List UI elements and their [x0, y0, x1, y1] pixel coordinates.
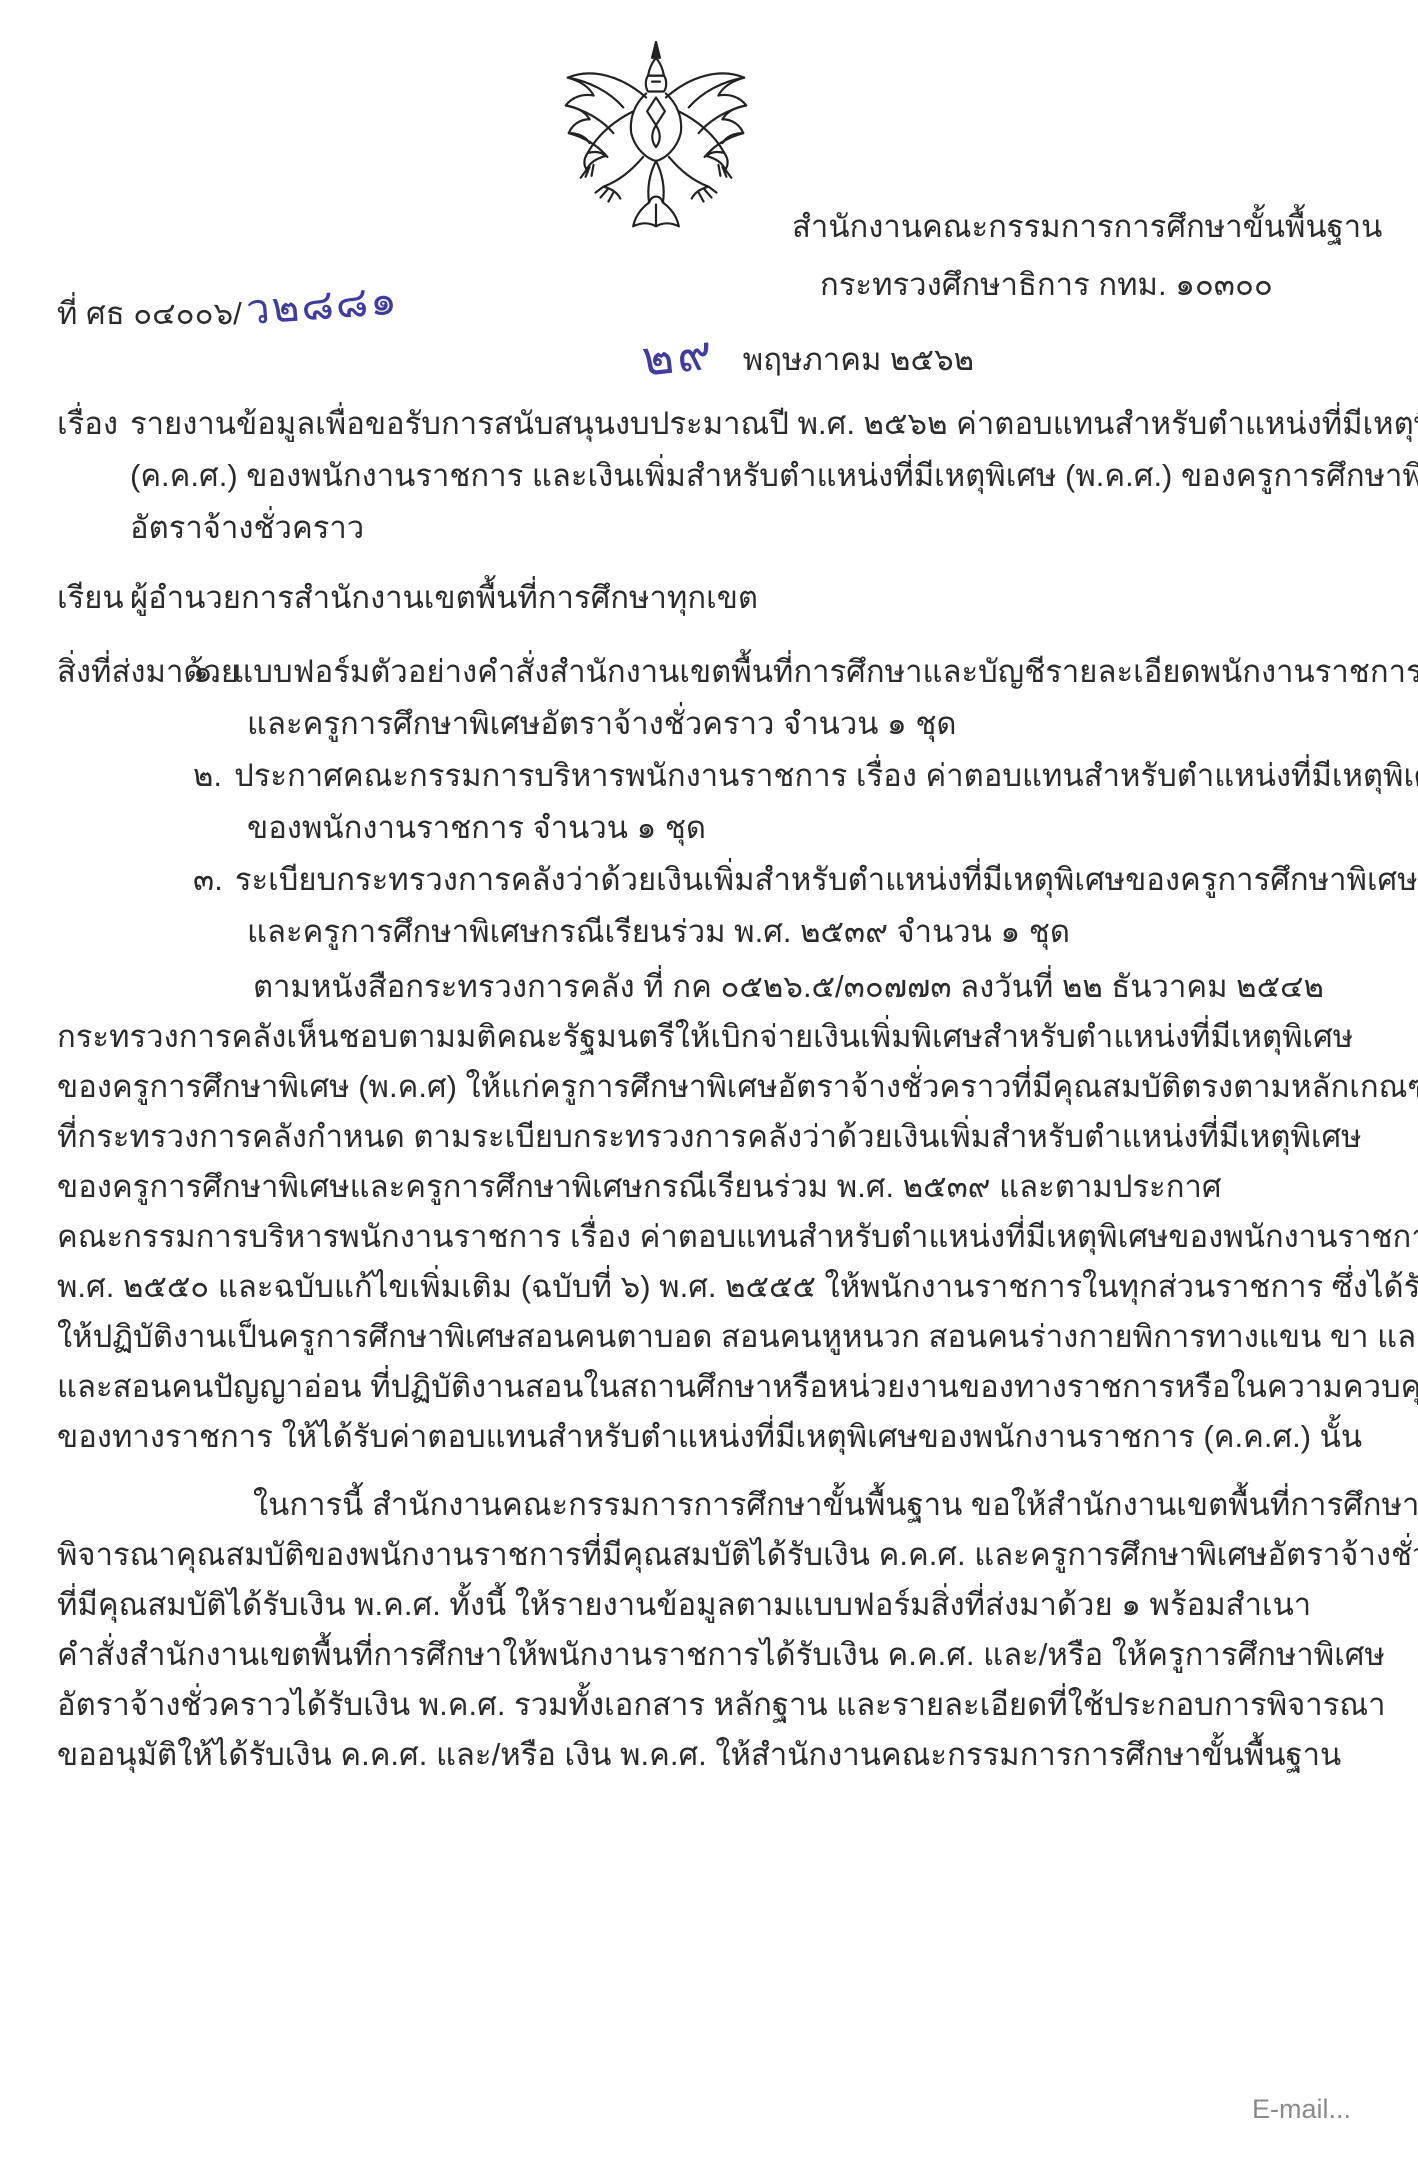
body-line: ที่มีคุณสมบัติได้รับเงิน พ.ค.ศ. ทั้งนี้ …	[57, 1580, 1377, 1630]
date-row: ๒๙ พฤษภาคม ๒๕๖๒	[642, 318, 974, 394]
attachment-text: ของพนักงานราชการ จำนวน ๑ ชุด	[193, 802, 1418, 854]
ministry-address: กระทรวงศึกษาธิการ กทม. ๑๐๓๐๐	[792, 256, 1382, 314]
body-line: คณะกรรมการบริหารพนักงานราชการ เรื่อง ค่า…	[57, 1212, 1377, 1262]
body-line: อัตราจ้างชั่วคราวได้รับเงิน พ.ค.ศ. รวมทั…	[57, 1680, 1377, 1730]
document-page: ที่ ศธ ๐๔๐๐๖/ ว๒๘๘๑	[0, 0, 1418, 2180]
handwritten-day: ๒๙	[638, 314, 718, 397]
body-line: พิจารณาคุณสมบัติของพนักงานราชการที่มีคุณ…	[57, 1530, 1377, 1580]
attachment-item: ๒.ประกาศคณะกรรมการบริหารพนักงานราชการ เร…	[193, 750, 1418, 854]
organization-block: สำนักงานคณะกรรมการการศึกษาขั้นพื้นฐาน กร…	[792, 198, 1382, 314]
attachment-text: ระเบียบกระทรวงการคลังว่าด้วยเงินเพิ่มสำห…	[235, 862, 1418, 897]
date-month-year: พฤษภาคม ๒๕๖๒	[743, 334, 974, 384]
reference-number-prefix: ที่ ศธ ๐๔๐๐๖/	[57, 288, 242, 338]
body-paragraph-2: ในการนี้ สำนักงานคณะกรรมการการศึกษาขั้นพ…	[57, 1480, 1377, 1780]
subject-line: อัตราจ้างชั่วคราว	[130, 502, 1418, 554]
footer-email-text: E-mail...	[1252, 2094, 1351, 2125]
body-line: ขออนุมัติให้ได้รับเงิน ค.ค.ศ. และ/หรือ เ…	[57, 1730, 1377, 1780]
body-line: ในการนี้ สำนักงานคณะกรรมการการศึกษาขั้นพ…	[57, 1480, 1377, 1530]
reference-number-handwritten: ว๒๘๘๑	[244, 267, 401, 343]
attachment-number: ๑.	[193, 654, 221, 689]
attachment-number: ๒.	[193, 758, 222, 793]
attachments-list: ๑.แบบฟอร์มตัวอย่างคำสั่งสำนักงานเขตพื้นท…	[193, 646, 1418, 958]
subject-text: รายงานข้อมูลเพื่อขอรับการสนับสนุนงบประมา…	[130, 398, 1418, 554]
subject-line: รายงานข้อมูลเพื่อขอรับการสนับสนุนงบประมา…	[130, 398, 1418, 450]
body-line: ของครูการศึกษาพิเศษและครูการศึกษาพิเศษกร…	[57, 1162, 1377, 1212]
body-line: และสอนคนปัญญาอ่อน ที่ปฏิบัติงานสอนในสถาน…	[57, 1362, 1377, 1412]
garuda-emblem-icon	[550, 36, 762, 264]
attachment-text: ประกาศคณะกรรมการบริหารพนักงานราชการ เรื่…	[234, 758, 1418, 793]
body-line: ของครูการศึกษาพิเศษ (พ.ค.ศ) ให้แก่ครูการ…	[57, 1062, 1377, 1112]
body-line: ที่กระทรวงการคลังกำหนด ตามระเบียบกระทรวง…	[57, 1112, 1377, 1162]
subject-label: เรื่อง	[57, 398, 118, 448]
body-line: กระทรวงการคลังเห็นชอบตามมติคณะรัฐมนตรีให…	[57, 1012, 1377, 1062]
body-line: คำสั่งสำนักงานเขตพื้นที่การศึกษาให้พนักง…	[57, 1630, 1377, 1680]
reference-number-row: ที่ ศธ ๐๔๐๐๖/ ว๒๘๘๑	[57, 288, 399, 338]
organization-name: สำนักงานคณะกรรมการการศึกษาขั้นพื้นฐาน	[792, 198, 1382, 256]
subject-line: (ค.ค.ศ.) ของพนักงานราชการ และเงินเพิ่มสำ…	[130, 450, 1418, 502]
to-label: เรียน	[57, 572, 124, 622]
attachment-text: แบบฟอร์มตัวอย่างคำสั่งสำนักงานเขตพื้นที่…	[233, 654, 1418, 689]
body-line: ให้ปฏิบัติงานเป็นครูการศึกษาพิเศษสอนคนตา…	[57, 1312, 1377, 1362]
attachment-text: และครูการศึกษาพิเศษอัตราจ้างชั่วคราว จำน…	[193, 698, 1418, 750]
body-line: ของทางราชการ ให้ได้รับค่าตอบแทนสำหรับตำแ…	[57, 1412, 1377, 1462]
attachment-item: ๓.ระเบียบกระทรวงการคลังว่าด้วยเงินเพิ่มส…	[193, 854, 1418, 958]
attachment-number: ๓.	[193, 862, 223, 897]
attachment-item: ๑.แบบฟอร์มตัวอย่างคำสั่งสำนักงานเขตพื้นท…	[193, 646, 1418, 750]
body-line: พ.ศ. ๒๕๕๐ และฉบับแก้ไขเพิ่มเติม (ฉบับที่…	[57, 1262, 1377, 1312]
body-paragraph-1: ตามหนังสือกระทรวงการคลัง ที่ กค ๐๕๒๖.๕/๓…	[57, 962, 1377, 1462]
body-line: ตามหนังสือกระทรวงการคลัง ที่ กค ๐๕๒๖.๕/๓…	[57, 962, 1377, 1012]
attachment-text: และครูการศึกษาพิเศษกรณีเรียนร่วม พ.ศ. ๒๕…	[193, 906, 1418, 958]
to-text: ผู้อำนวยการสำนักงานเขตพื้นที่การศึกษาทุก…	[130, 572, 758, 622]
